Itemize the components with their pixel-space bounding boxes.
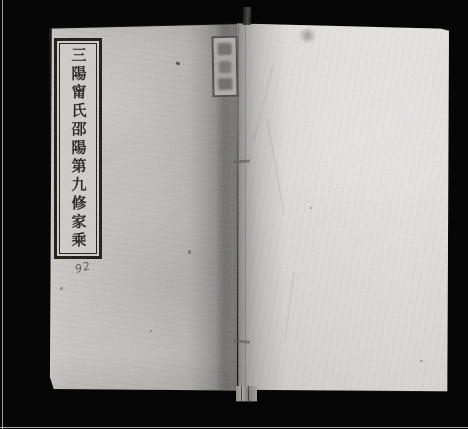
scan-edge-line-left	[2, 0, 3, 429]
faded-character-smudge	[219, 60, 231, 72]
paper-stain	[298, 28, 317, 43]
cover-title-slip: 三陽甯氏邵陽第九修家乘	[54, 38, 102, 259]
spine-bottom-tab	[236, 386, 257, 402]
cover-title-text: 三陽甯氏邵陽第九修家乘	[71, 47, 86, 251]
book-cover-photo: 三陽甯氏邵陽第九修家乘 92	[49, 22, 449, 392]
binding-thread	[245, 25, 246, 389]
scan-edge-line-bottom	[0, 427, 468, 428]
scanned-book-photo: { "book_scan": { "title_label": "三陽甯氏邵陽第…	[0, 0, 468, 429]
cover-title-slip-inner-border: 三陽甯氏邵陽第九修家乘	[59, 43, 97, 254]
spine-volume-label	[211, 36, 238, 97]
paper-speck	[420, 360, 423, 362]
paper-speck	[310, 207, 312, 209]
paper-speck	[188, 250, 191, 254]
faded-character-smudge	[218, 78, 232, 90]
paper-speck	[150, 330, 152, 332]
paper-speck	[60, 287, 63, 290]
spine-top-tab	[243, 7, 252, 25]
faded-character-smudge	[218, 43, 232, 55]
